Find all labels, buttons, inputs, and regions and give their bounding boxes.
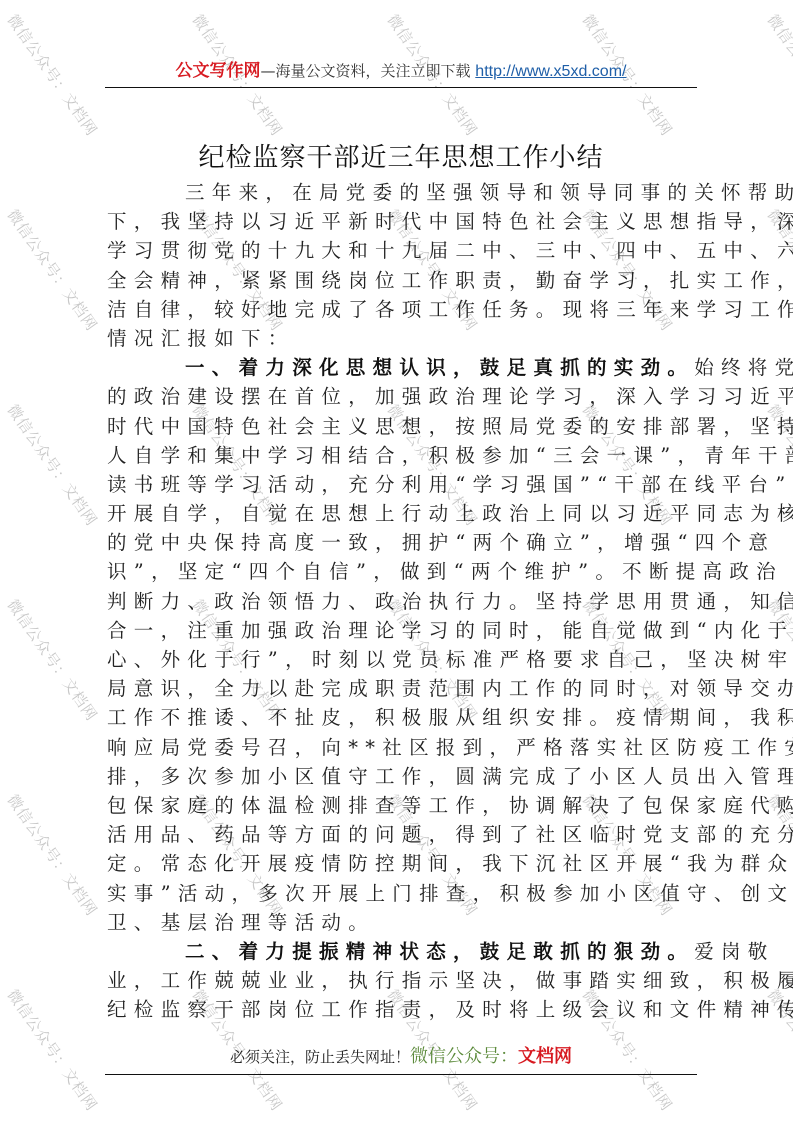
watermark-text: 微信公众号：文档网 <box>3 790 103 920</box>
body-line-text: 开展自学，自觉在思想上行动上政治上同以习近平同志为核心 <box>107 502 793 525</box>
body-line-text: 工作不推诿、不扯皮，积极服从组织安排。疫情期间，我积极 <box>107 706 793 729</box>
body-line: 活用品、药品等方面的问题，得到了社区临时党支部的充分肯 <box>107 820 697 849</box>
body-line: 开展自学，自觉在思想上行动上政治上同以习近平同志为核心 <box>107 499 697 528</box>
body-line-text: 响应局党委号召，向**社区报到，严格落实社区防疫工作安 <box>107 736 793 759</box>
body-line: 排，多次参加小区值守工作，圆满完成了小区人员出入管理和 <box>107 762 697 791</box>
document-title: 纪检监察干部近三年思想工作小结 <box>105 140 697 176</box>
watermark-text: 微信公众号：文档网 <box>763 10 793 140</box>
body-line: 实事”活动，多次开展上门排查，积极参加小区值守、创文创 <box>107 879 697 908</box>
body-line-text: 排，多次参加小区值守工作，圆满完成了小区人员出入管理和 <box>107 765 793 788</box>
body-line-text: 包保家庭的体温检测排查等工作，协调解决了包保家庭代购生 <box>107 794 793 817</box>
body-line-text: 下，我坚持以习近平新时代中国特色社会主义思想指导，深入 <box>107 210 793 233</box>
body-line-text: 时代中国特色社会主义思想，按照局党委的安排部署，坚持个 <box>107 415 793 438</box>
body-line: 全会精神，紧紧围绕岗位工作职责，勤奋学习，扎实工作，廉 <box>107 266 697 295</box>
body-line-text: 合一，注重加强政治理论学习的同时，能自觉做到“内化于 <box>107 619 793 642</box>
body-line: 人自学和集中学习相结合，积极参加“三会一课”，青年干部 <box>107 441 697 470</box>
body-line-text: 学习贯彻党的十九大和十九届二中、三中、四中、五中、六中 <box>107 239 793 262</box>
body-line: 卫、基层治理等活动。 <box>107 908 697 937</box>
body-line: 读书班等学习活动，充分利用“学习强国”“干部在线平台” <box>107 470 697 499</box>
header-brand: 公文写作网 <box>176 61 261 81</box>
body-line-text: 始终将党 <box>694 356 793 379</box>
body-line-text: 爱岗敬 <box>694 940 774 963</box>
body-line: 定。常态化开展疫情防控期间，我下沉社区开展“我为群众办 <box>107 849 697 878</box>
body-line: 响应局党委号召，向**社区报到，严格落实社区防疫工作安 <box>107 733 697 762</box>
body-line: 二、着力提振精神状态，鼓足敢抓的狠劲。爱岗敬 <box>107 937 697 966</box>
body-line: 的政治建设摆在首位，加强政治理论学习，深入学习习近平新 <box>107 382 697 411</box>
body-line-text: 纪检监察干部岗位工作指责，及时将上级会议和文件精神传达 <box>107 998 793 1021</box>
body-line: 业，工作兢兢业业，执行指示坚决，做事踏实细致，积极履行 <box>107 966 697 995</box>
body-line: 合一，注重加强政治理论学习的同时，能自觉做到“内化于 <box>107 616 697 645</box>
body-line: 心、外化于行”，时刻以党员标准严格要求自己，坚决树牢大 <box>107 645 697 674</box>
body-line-text: 人自学和集中学习相结合，积极参加“三会一课”，青年干部 <box>107 444 793 467</box>
body-line: 三年来，在局党委的坚强领导和领导同事的关怀帮助 <box>107 178 697 207</box>
body-line-text: 实事”活动，多次开展上门排查，积极参加小区值守、创文创 <box>107 882 793 905</box>
body-line-text: 判断力、政治领悟力、政治执行力。坚持学思用贯通，知信行 <box>107 590 793 613</box>
body-line: 纪检监察干部岗位工作指责，及时将上级会议和文件精神传达 <box>107 995 697 1024</box>
header-tagline: —海量公文资料，关注立即下载 <box>261 62 476 80</box>
body-line-text: 洁自律，较好地完成了各项工作任务。现将三年来学习工作等 <box>107 298 793 321</box>
body-line-text: 业，工作兢兢业业，执行指示坚决，做事踏实细致，积极履行 <box>107 969 793 992</box>
body-line: 洁自律，较好地完成了各项工作任务。现将三年来学习工作等 <box>107 295 697 324</box>
body-line: 局意识，全力以赴完成职责范围内工作的同时，对领导交办的 <box>107 674 697 703</box>
body-line: 时代中国特色社会主义思想，按照局党委的安排部署，坚持个 <box>107 412 697 441</box>
watermark-text: 微信公众号：文档网 <box>3 985 103 1115</box>
footer-brand: 文档网 <box>518 1046 572 1067</box>
body-line-text: 读书班等学习活动，充分利用“学习强国”“干部在线平台” <box>107 473 792 496</box>
footer-wechat-label: 微信公众号： <box>410 1046 518 1067</box>
body-line: 工作不推诿、不扯皮，积极服从组织安排。疫情期间，我积极 <box>107 703 697 732</box>
document-body: 三年来，在局党委的坚强领导和领导同事的关怀帮助下，我坚持以习近平新时代中国特色社… <box>107 178 697 1024</box>
watermark-text: 微信公众号：文档网 <box>3 595 103 725</box>
section-heading: 二、着力提振精神状态，鼓足敢抓的狠劲。 <box>185 940 694 963</box>
footer-note: 必须关注，防止丢失网址！ <box>230 1048 410 1066</box>
page-footer: 必须关注，防止丢失网址！微信公众号：文档网 <box>105 1042 697 1075</box>
body-line-text: 定。常态化开展疫情防控期间，我下沉社区开展“我为群众办 <box>107 852 793 875</box>
body-line: 学习贯彻党的十九大和十九届二中、三中、四中、五中、六中 <box>107 236 697 265</box>
body-line: 识”，坚定“四个自信”，做到“两个维护”。不断提高政治 <box>107 557 697 586</box>
body-line-text: 全会精神，紧紧围绕岗位工作职责，勤奋学习，扎实工作，廉 <box>107 269 793 292</box>
body-line-text: 识”，坚定“四个自信”，做到“两个维护”。不断提高政治 <box>107 560 783 583</box>
body-line: 下，我坚持以习近平新时代中国特色社会主义思想指导，深入 <box>107 207 697 236</box>
body-line-text: 三年来，在局党委的坚强领导和领导同事的关怀帮助 <box>185 181 793 204</box>
body-line: 的党中央保持高度一致，拥护“两个确立”，增强“四个意 <box>107 528 697 557</box>
body-line-text: 情况汇报如下： <box>107 327 295 350</box>
body-line-text: 局意识，全力以赴完成职责范围内工作的同时，对领导交办的 <box>107 677 793 700</box>
body-line-text: 心、外化于行”，时刻以党员标准严格要求自己，坚决树牢大 <box>107 648 793 671</box>
body-line: 判断力、政治领悟力、政治执行力。坚持学思用贯通，知信行 <box>107 587 697 616</box>
section-heading: 一、着力深化思想认识，鼓足真抓的实劲。 <box>185 356 694 379</box>
body-line-text: 的政治建设摆在首位，加强政治理论学习，深入学习习近平新 <box>107 385 793 408</box>
watermark-text: 微信公众号：文档网 <box>3 400 103 530</box>
body-line-text: 卫、基层治理等活动。 <box>107 911 375 934</box>
watermark-text: 微信公众号：文档网 <box>3 10 103 140</box>
body-line: 情况汇报如下： <box>107 324 697 353</box>
header-link[interactable]: http://www.x5xd.com/ <box>475 63 626 80</box>
body-line: 包保家庭的体温检测排查等工作，协调解决了包保家庭代购生 <box>107 791 697 820</box>
watermark-text: 微信公众号：文档网 <box>3 205 103 335</box>
body-line-text: 的党中央保持高度一致，拥护“两个确立”，增强“四个意 <box>107 531 775 554</box>
page-header: 公文写作网—海量公文资料，关注立即下载 http://www.x5xd.com/ <box>105 58 697 88</box>
body-line: 一、着力深化思想认识，鼓足真抓的实劲。始终将党 <box>107 353 697 382</box>
body-line-text: 活用品、药品等方面的问题，得到了社区临时党支部的充分肯 <box>107 823 793 846</box>
